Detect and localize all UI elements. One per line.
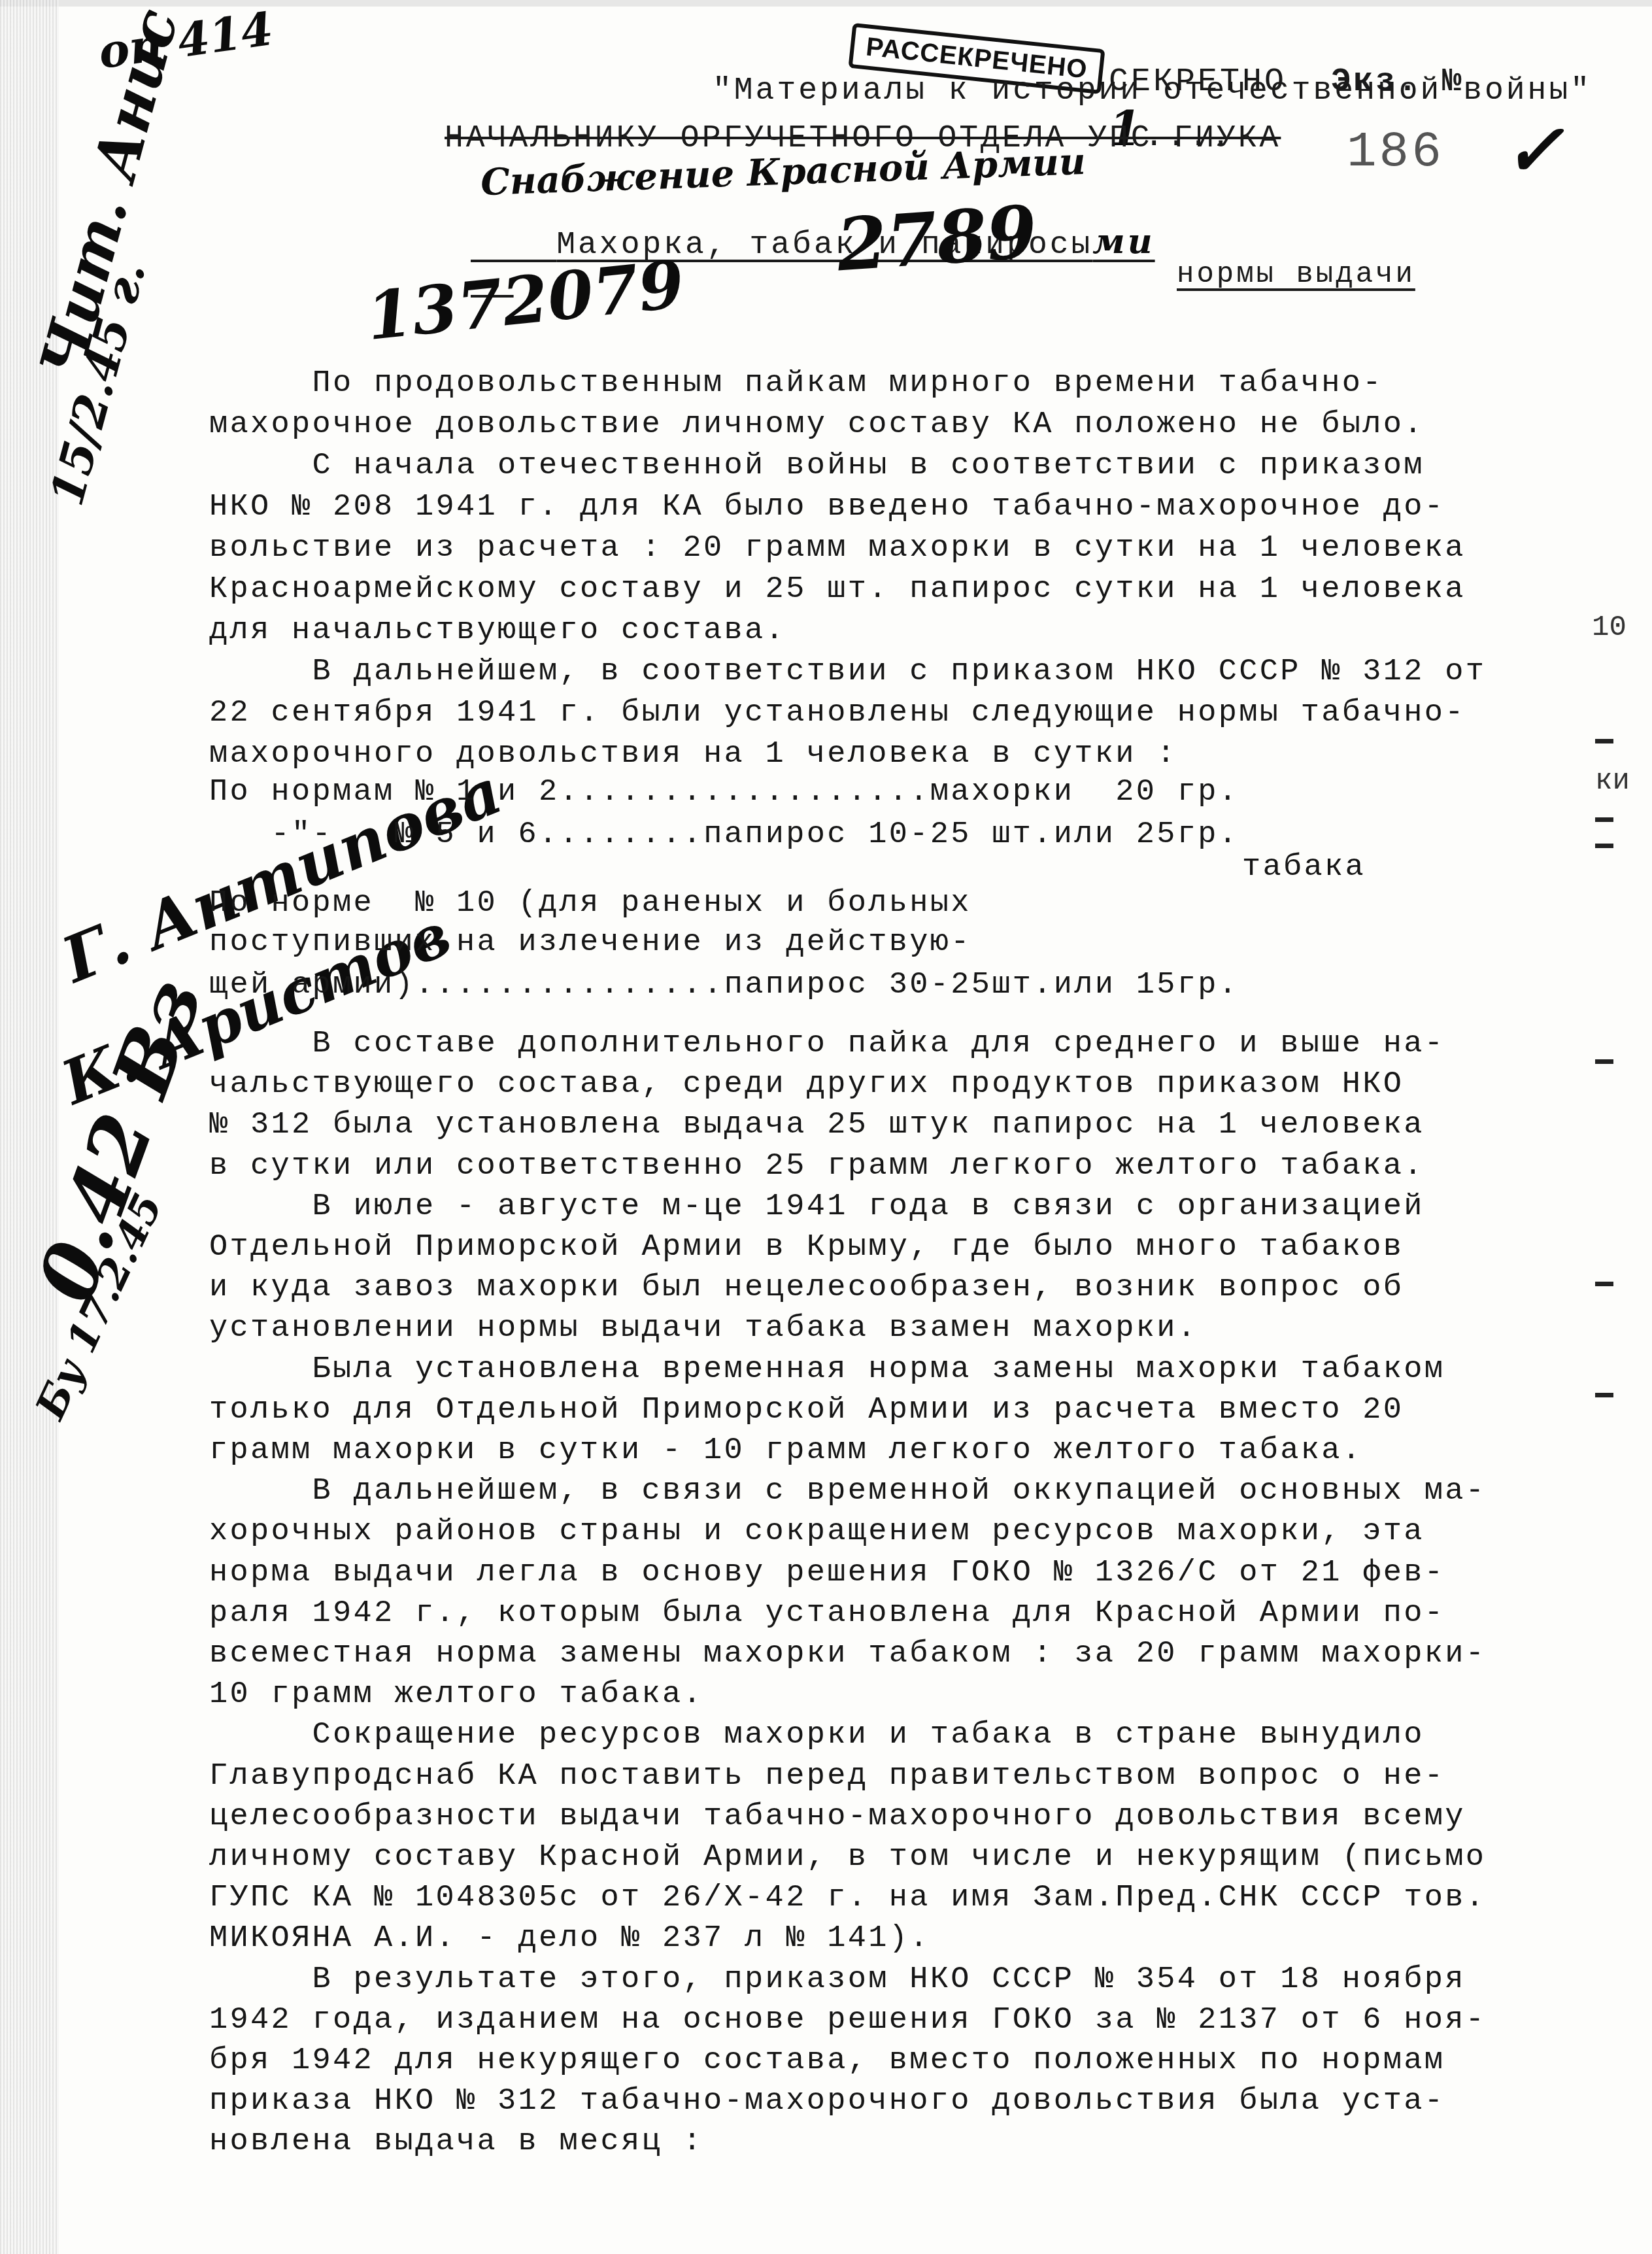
body-line: Главупродснаб КА поставить перед правите… [209,1759,1445,1794]
margin-dash [1595,1282,1613,1286]
body-line: В составе дополнительного пайка для сред… [209,1027,1445,1061]
body-line: 10 грамм желтого табака. [209,1677,703,1712]
body-line: личному составу Красной Армии, в том чис… [209,1840,1486,1875]
body-line: установлении нормы выдачи табака взамен … [209,1311,1198,1346]
body-line: махорочное довольствие личному составу К… [209,407,1424,442]
dotted-leader: .................. [560,775,930,810]
body-line: только для Отдельной Приморской Армии из… [209,1393,1404,1427]
body-line: грамм махорки в сутки - 10 грамм легкого… [209,1433,1362,1468]
body-line: В результате этого, приказом НКО СССР № … [209,1962,1466,1997]
body-line: 22 сентября 1941 г. были установлены сле… [209,696,1466,730]
right-margin-mark-1: 10 [1592,611,1627,644]
body-line: Отдельной Приморской Армии в Крыму, где … [209,1230,1404,1265]
margin-dash [1595,1393,1613,1397]
body-line: Была установлена временная норма замены … [209,1352,1445,1387]
body-line: По продовольственным пайкам мирного врем… [209,366,1383,401]
body-line: норма выдачи легла в основу решения ГОКО… [209,1556,1445,1590]
body-line: ГУПС КА № 1048305с от 26/X-42 г. на имя … [209,1881,1486,1915]
body-line: С начала отечественной войны в соответст… [209,449,1424,483]
body-line: Красноармейскому составу и 25 шт. папиро… [209,572,1466,607]
body-line: В дальнейшем, в соответствии с приказом … [209,655,1486,689]
series-title: "Материалы к истории отечественной войны… [713,73,1592,109]
margin-dash [1595,1059,1613,1064]
norm-value: махорки 20 гр. [930,775,1239,810]
body-line: новлена выдача в месяц : [209,2125,703,2159]
body-line: для начальствующего состава. [209,613,786,648]
body-line: чальствующего состава, среди других прод… [209,1067,1404,1102]
body-line: всеместная норма замены махорки табаком … [209,1637,1486,1671]
body-line: 1942 года, изданием на основе решения ГО… [209,2003,1486,2038]
body-line: приказа НКО № 312 табачно-махорочного до… [209,2084,1445,2119]
body-line: махорочного довольствия на 1 человека в … [209,737,1177,772]
norm-value: папирос 10-25 шт.или 25гр. [703,817,1239,852]
body-line: и куда завоз махорки был нецелесообразен… [209,1271,1404,1305]
body-line: № 312 была установлена выдача 25 штук па… [209,1108,1424,1142]
body-line: бря 1942 для некурящего состава, вместо … [209,2043,1445,2078]
body-line: в сутки или соответственно 25 грамм легк… [209,1149,1424,1184]
body-line: В июле - августе м-це 1941 года в связи … [209,1189,1424,1224]
handwritten-sheet-number: 2789 [834,189,1039,287]
norm-row: По норме № 10 (для раненых и больных [209,886,971,921]
norm-row: -"- № 5 и 6........папирос 10-25 шт.или … [209,817,1239,852]
dotted-leader: ........ [539,817,703,852]
margin-dash [1595,739,1613,743]
body-line: НКО № 208 1941 г. для КА было введено та… [209,490,1445,524]
document-subheading: нормы выдачи [1177,258,1415,291]
archive-sheet-number: 186 [1347,124,1444,180]
body-line: хорочных районов страны и сокращением ре… [209,1514,1424,1549]
margin-dash [1595,817,1613,822]
body-line: вольствие из расчета : 20 грамм махорки … [209,531,1466,566]
norm-row: щей армии)...............папирос 30-25шт… [209,968,1239,1002]
right-margin-mark-2: ки [1595,765,1630,798]
dotted-leader: ............... [415,968,724,1002]
norm-row: По нормам № 1 и 2..................махор… [209,775,1239,810]
body-line: МИКОЯНА А.И. - дело № 237 л № 141). [209,1921,930,1956]
body-line: раля 1942 г., которым была установлена д… [209,1596,1445,1631]
body-line: целесообразности выдачи табачно-махорочн… [209,1800,1466,1834]
handwritten-archive-number: 1372079 [363,245,688,355]
norm-value: папирос 30-25шт.или 15гр. [724,968,1239,1002]
check-mark-icon: ✓ [1504,108,1564,192]
document-page: СЕКРЕТНО Экз. № 1.... РАССЕКРЕЧЕНО "Мате… [0,0,1652,2254]
body-line: В дальнейшем, в связи с временной оккупа… [209,1474,1486,1509]
margin-dash [1595,844,1613,848]
norm-row: поступивших на излечение из действую- [209,925,971,960]
norm-row: табака [1242,850,1366,885]
body-line: Сокращение ресурсов махорки и табака в с… [209,1718,1424,1752]
